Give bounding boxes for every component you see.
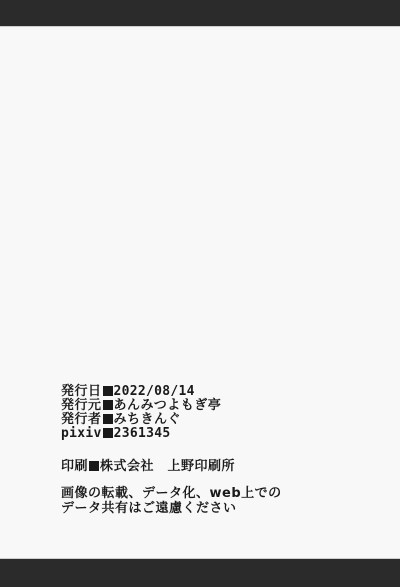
printer-value: 株式会社 上野印刷所 bbox=[100, 459, 235, 474]
book-back-page bbox=[0, 28, 400, 557]
square-bullet-icon bbox=[103, 414, 113, 424]
colophon-publisher-circle: 発行元あんみつよもぎ亭 bbox=[61, 399, 221, 413]
notice-text-2: データ共有はご遠慮ください bbox=[61, 501, 237, 516]
publisher-circle-label: 発行元 bbox=[61, 398, 102, 413]
colophon-pixiv: pixiv2361345 bbox=[61, 427, 171, 441]
notice-line-1: 画像の転載、データ化、web上での bbox=[61, 487, 282, 501]
colophon-author: 発行者みちきんぐ bbox=[61, 413, 181, 427]
square-bullet-icon bbox=[103, 386, 113, 396]
colophon-printer: 印刷株式会社 上野印刷所 bbox=[61, 460, 235, 474]
square-bullet-icon bbox=[103, 400, 113, 410]
issue-date-value: 2022/08/14 bbox=[114, 384, 195, 399]
author-label: 発行者 bbox=[61, 412, 102, 427]
scan-top-border bbox=[0, 0, 400, 27]
colophon-issue-date: 発行日2022/08/14 bbox=[61, 385, 195, 399]
square-bullet-icon bbox=[103, 428, 113, 438]
notice-line-2: データ共有はご遠慮ください bbox=[61, 502, 237, 516]
author-value: みちきんぐ bbox=[114, 412, 182, 427]
pixiv-value: 2361345 bbox=[114, 426, 171, 441]
issue-date-label: 発行日 bbox=[61, 384, 102, 399]
pixiv-label: pixiv bbox=[61, 426, 102, 441]
printer-label: 印刷 bbox=[61, 459, 88, 474]
publisher-circle-value: あんみつよもぎ亭 bbox=[114, 398, 222, 413]
scan-bottom-border bbox=[0, 558, 400, 587]
notice-text-1: 画像の転載、データ化、web上での bbox=[61, 486, 282, 501]
square-bullet-icon bbox=[89, 461, 99, 471]
